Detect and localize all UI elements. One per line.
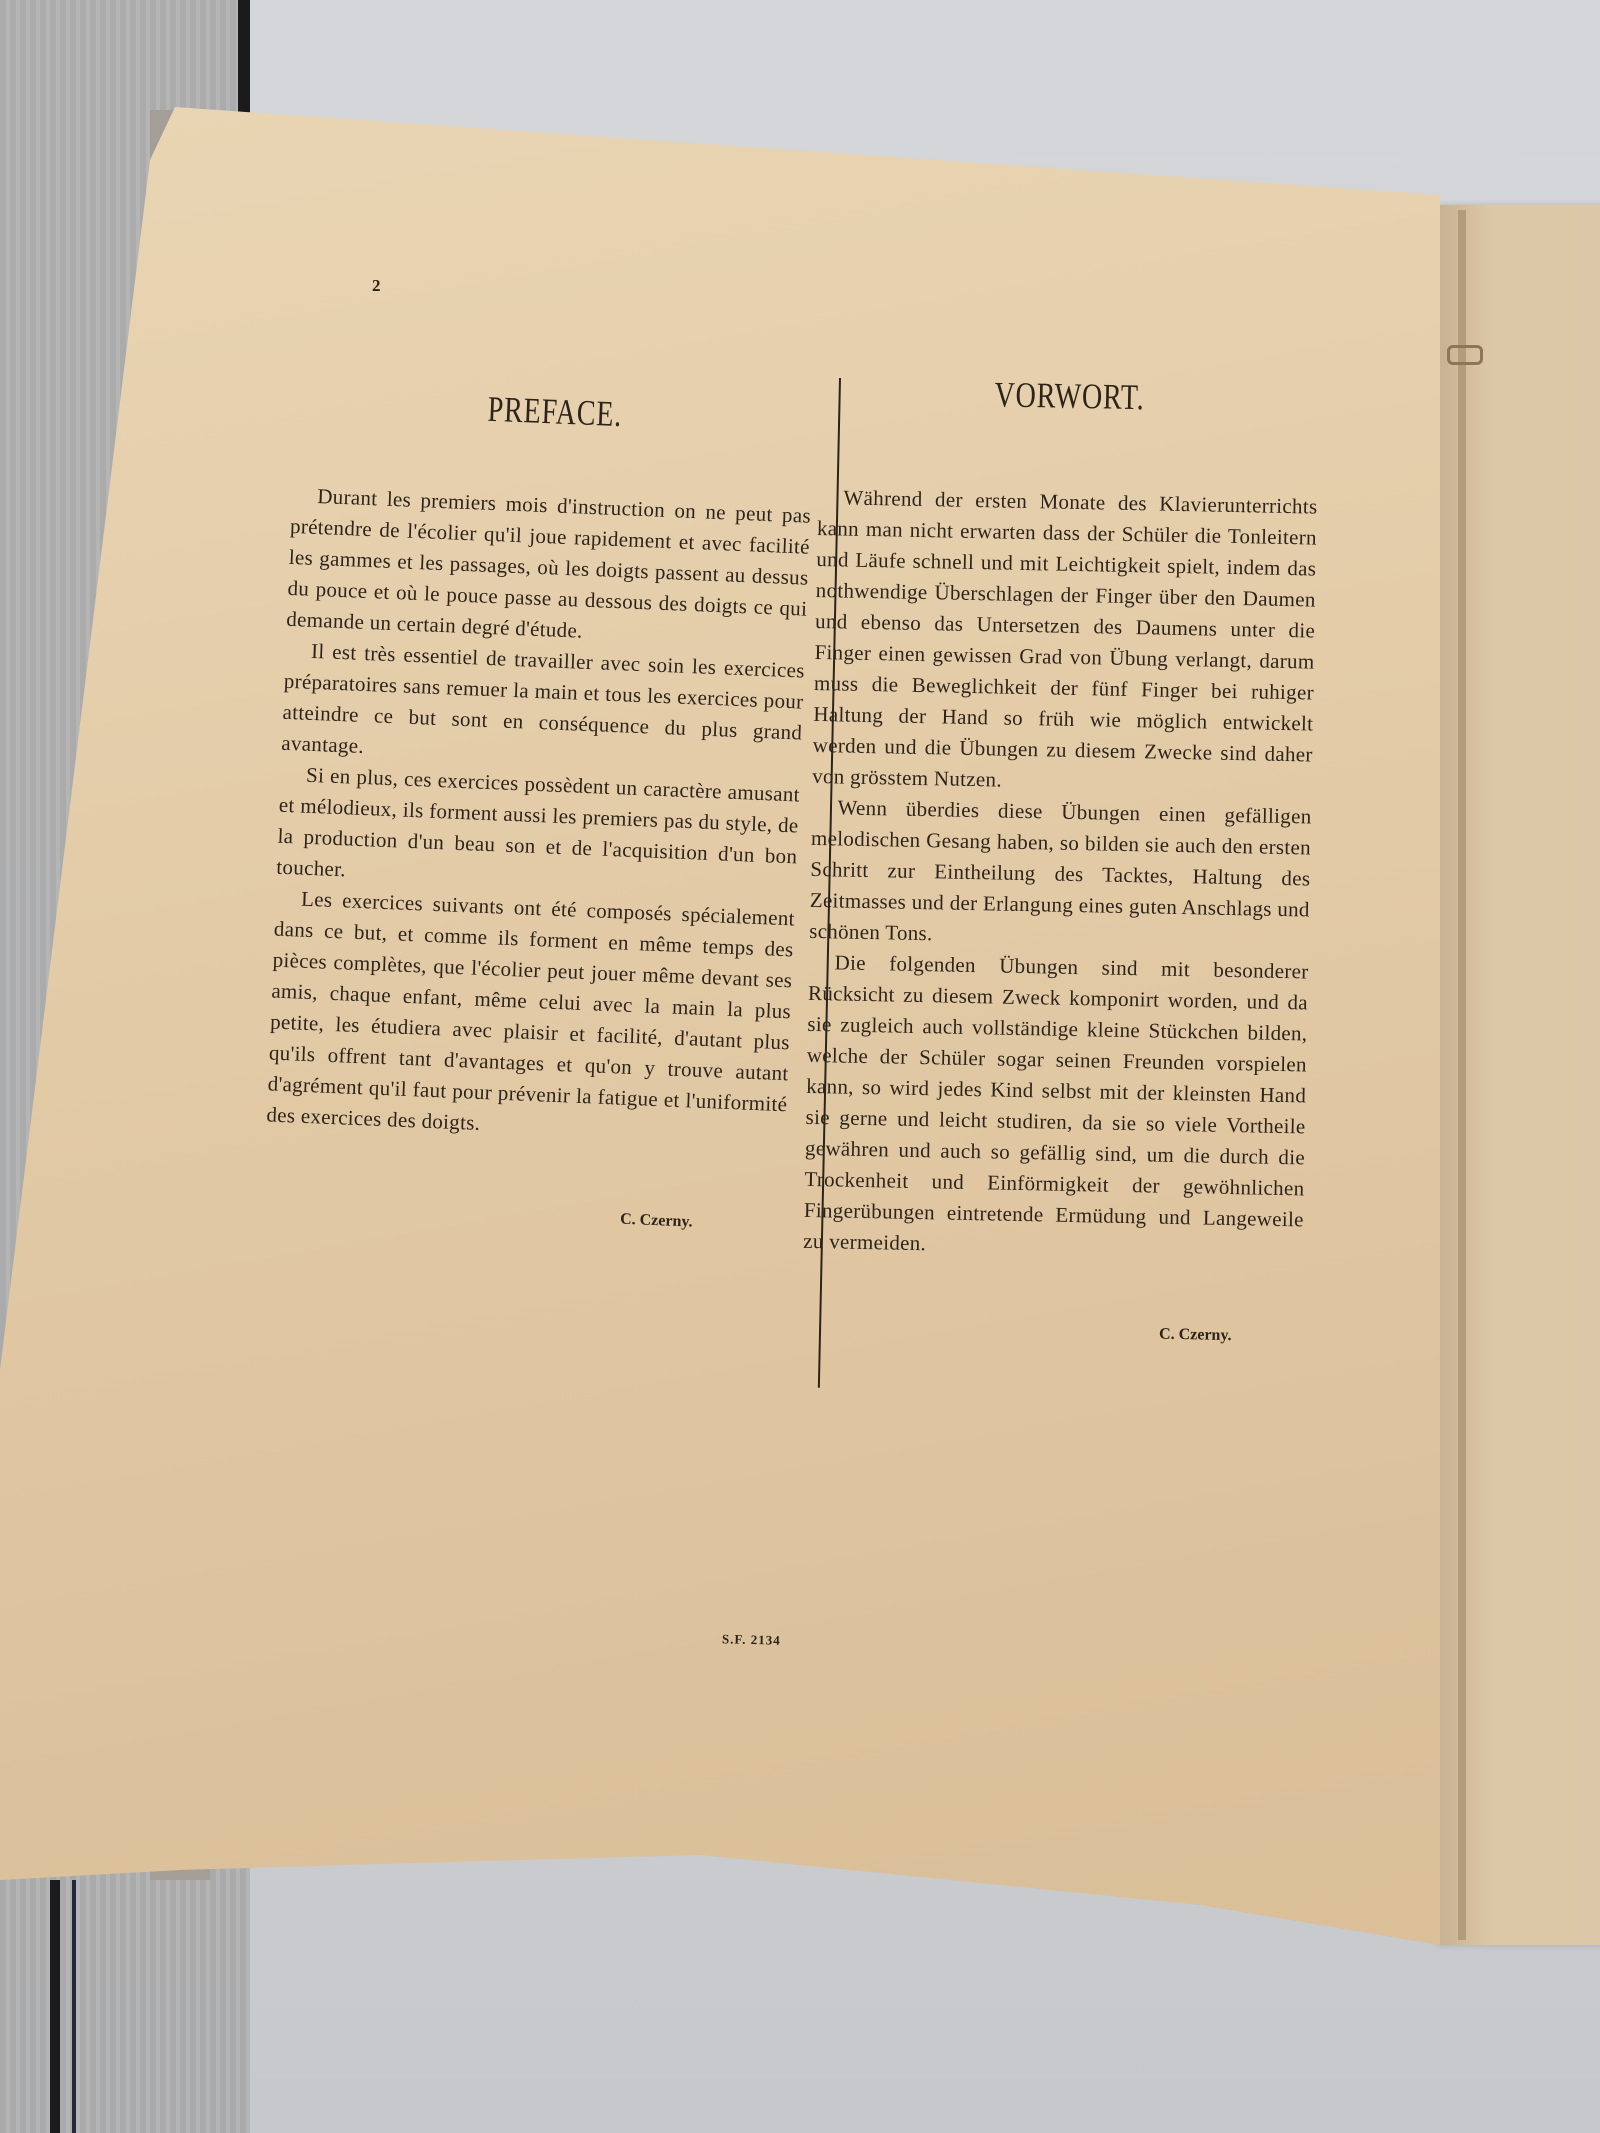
paper-sheet: [0, 0, 1600, 2133]
french-paragraph: Durant les premiers mois d'instruction o…: [286, 480, 812, 656]
german-column: VORWORT. Während der ersten Monate des K…: [801, 370, 1319, 1346]
german-paragraph: Während der ersten Monate des Klavierunt…: [812, 482, 1318, 802]
french-paragraph: Les exercices suivants ont été composés …: [266, 883, 796, 1152]
german-paragraph: Die folgenden Übungen sind mit besondere…: [803, 947, 1309, 1267]
french-paragraph: Il est très essentiel de travailler avec…: [281, 635, 806, 780]
german-heading: VORWORT.: [874, 371, 1265, 420]
plate-number: S.F. 2134: [722, 1631, 781, 1649]
page-number: 2: [372, 276, 381, 296]
french-column: PREFACE. Durant les premiers mois d'inst…: [262, 380, 815, 1235]
german-paragraph: Wenn überdies diese Übungen einen gefäll…: [809, 792, 1312, 957]
french-paragraph: Si en plus, ces exercices possèdent un c…: [276, 759, 801, 904]
document-page: 2 PREFACE. Durant les premiers mois d'in…: [0, 0, 1600, 2133]
